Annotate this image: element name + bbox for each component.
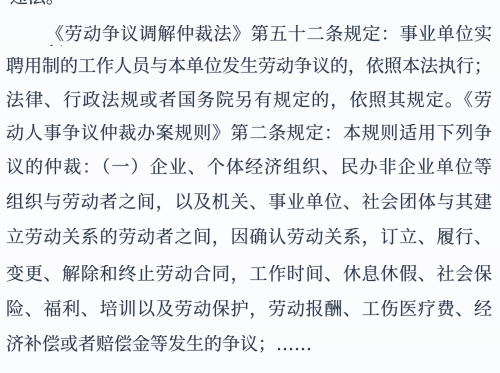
text-line-9: 险、福利、培训以及劳动保护，劳动报酬、工伤医疗费、经: [6, 300, 492, 321]
text-line-5: 议的仲裁：（一）企业、个体经济组织、民办非企业单位等: [6, 158, 492, 179]
text-segment: 、社会团体与其建: [343, 193, 492, 213]
text-line-2: 聘用制的工作人员与本单位发生劳动争议的，依照本法执行；: [6, 57, 492, 78]
text-line-1: 《劳动争议调解仲裁法》第五十二条规定：事业单位实行: [6, 25, 492, 46]
text-line-7: 立劳动关系的劳动者之间，因确认劳动关系，订立、履行、: [6, 228, 492, 249]
scanned-document-page: 违法。 《劳动争议调解仲裁法》第五十二条规定：事业单位实行 聘用制的工作人员与本…: [0, 0, 500, 373]
text-line-10: 济补偿或者赔偿金等发生的争议；……: [6, 335, 492, 356]
text-segment: 、工伤医疗费、经: [343, 300, 492, 320]
text-line-8: 变更、解除和终止劳动合同，工作时间、休息休假、社会保: [6, 265, 492, 286]
text-line-4: 动人事争议仲裁办案规则》第二条规定：本规则适用下列争: [6, 124, 492, 145]
underlined-term-shiye-danwei: 事业单位: [268, 193, 343, 214]
text-line-3: 法律、行政法规或者国务院另有规定的，依照其规定。《劳: [6, 91, 492, 112]
partial-top-text-line: 违法。: [10, 0, 492, 9]
text-segment: 组织与劳动者之间，以及机关、: [6, 193, 268, 213]
text-line-6: 组织与劳动者之间，以及机关、事业单位、社会团体与其建: [6, 193, 492, 214]
text-segment: 险、福利、培训以及劳动保护，: [6, 300, 268, 320]
underlined-term-laodong-baochou: 劳动报酬: [268, 300, 343, 321]
